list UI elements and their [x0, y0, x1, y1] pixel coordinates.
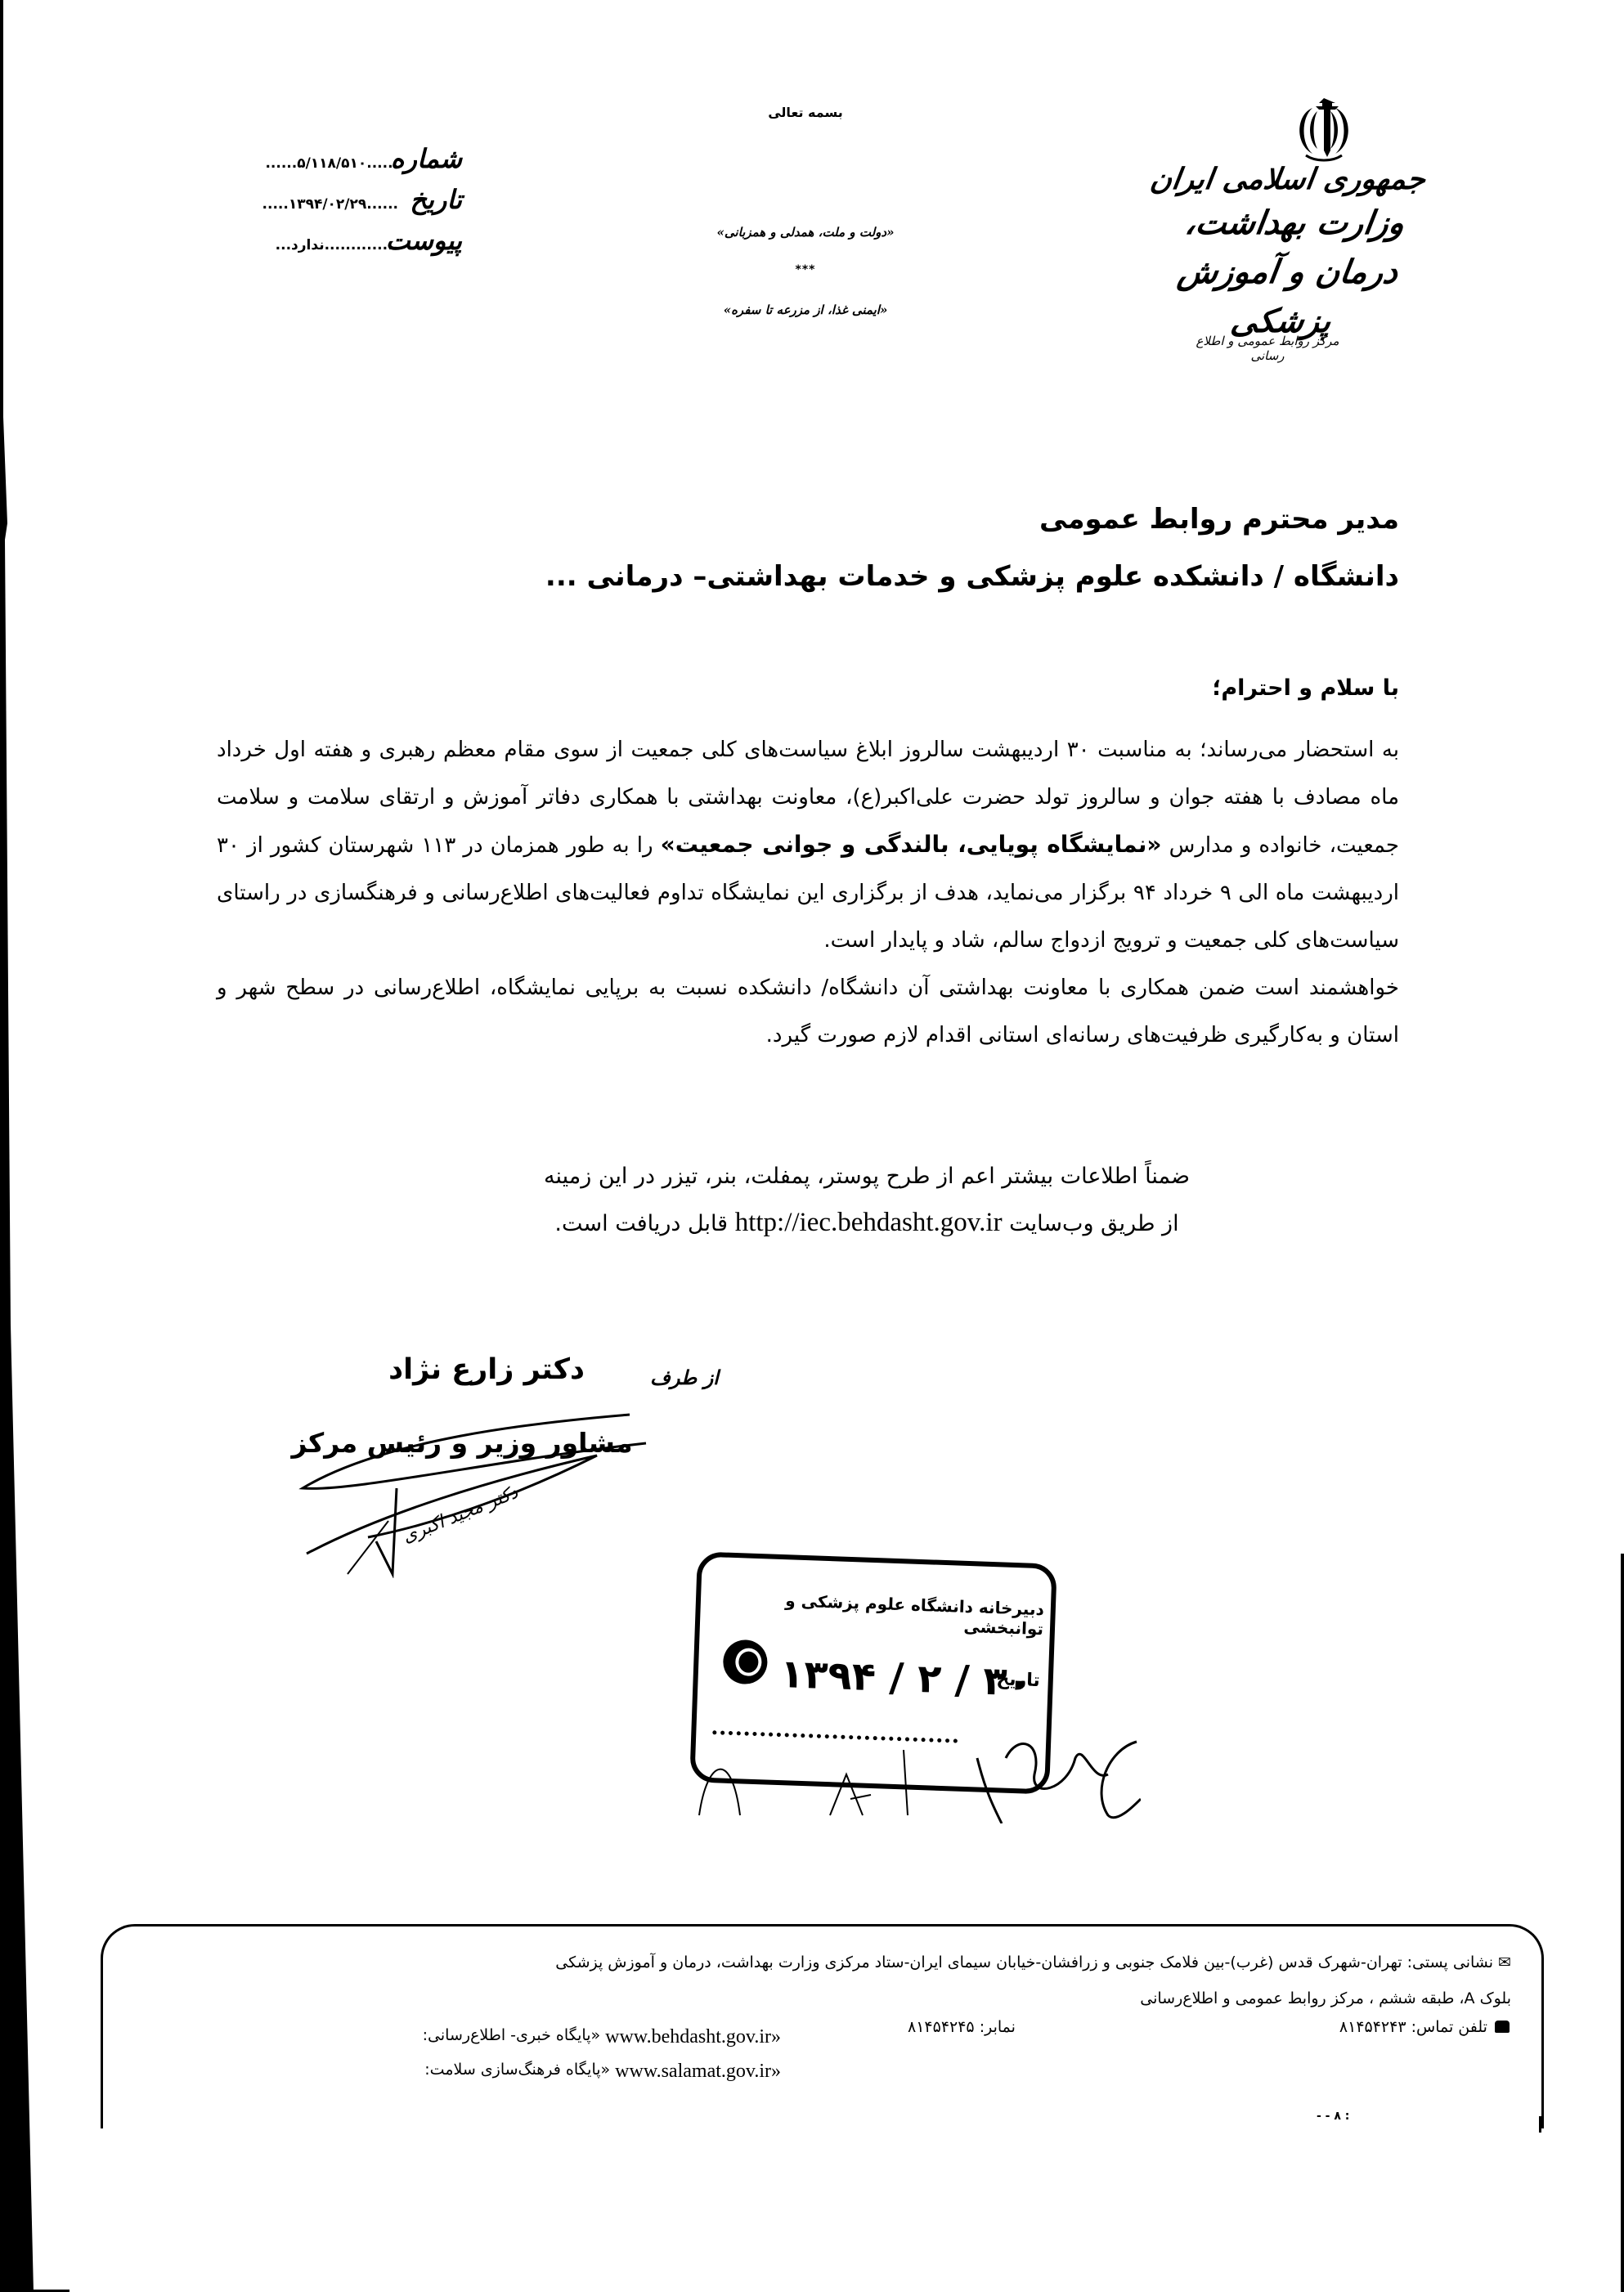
phone-number: ۸۱۴۵۴۲۴۳: [1339, 2018, 1406, 2036]
footer-phone: تلفن تماس: ۸۱۴۵۴۲۴۳: [1339, 2018, 1510, 2036]
signatory-name: دکتر زارع نژاد: [323, 1353, 585, 1386]
attachment-value: ...ندارد..............: [184, 237, 403, 253]
stamp-date-label: تاریخ: [996, 1669, 1040, 1691]
letter-body: به استحضار می‌رساند؛ به مناسبت ۳۰ اردیبه…: [217, 726, 1399, 1059]
bismillah-heading: بسمه تعالی: [760, 105, 850, 120]
handwritten-registration: [683, 1725, 1141, 1823]
meta-number: شماره ......۵/۱۱۸/۵۱۰......: [184, 143, 462, 184]
slogan-year: «دولت و ملت، همدلی و همزبانی»: [711, 225, 899, 240]
stamp-title: دبیرخانه دانشگاه علوم پزشکی و توانبخشی: [733, 1589, 1044, 1639]
footer-health-site: «پایگاه فرهنگ‌سازی سلامت: www.salamat.go…: [290, 2061, 781, 2083]
date-value: .....۱۳۹۴/۰۲/۲۹......: [184, 196, 403, 213]
paragraph-1: به استحضار می‌رساند؛ به مناسبت ۳۰ اردیبه…: [217, 726, 1399, 964]
signatory-title: مشاور وزیر و رئیس مرکز: [290, 1427, 634, 1459]
slogan-food-safety: «ایمنی غذا، از مزرعه تا سفره»: [711, 303, 899, 317]
footer-address: ✉ نشانی پستی: تهران-شهرک قدس (غرب)-بین ف…: [227, 1944, 1511, 2016]
addressee-organization: دانشگاه / دانشکده علوم پزشکی و خدمات بهد…: [500, 548, 1399, 605]
scan-border-left: [0, 0, 36, 2292]
number-label: شماره: [403, 143, 462, 174]
paragraph-3-line-2: از طریق وب‌سایت http://iec.behdasht.gov.…: [425, 1208, 1308, 1238]
attachment-label: پیوست: [403, 225, 462, 256]
letter-meta: شماره ......۵/۱۱۸/۵۱۰...... تاریخ .....۱…: [184, 143, 462, 266]
on-behalf-label: از طرف: [650, 1366, 719, 1389]
iran-emblem-icon: [1288, 96, 1360, 164]
health-site-link[interactable]: www.salamat.gov.ir»: [615, 2061, 781, 2083]
university-logo-icon: [722, 1639, 768, 1685]
exhibition-name: «نمایشگاه پویایی، بالندگی و جوانی جمعیت»: [661, 831, 1162, 858]
paragraph-3-text-b: قابل دریافت است.: [554, 1211, 734, 1236]
news-site-label: «پایگاه خبری- اطلاع‌رسانی:: [423, 2026, 600, 2048]
health-site-label: «پایگاه فرهنگ‌سازی سلامت:: [424, 2061, 610, 2083]
phone-icon: [1495, 2021, 1510, 2033]
news-site-link[interactable]: www.behdasht.gov.ir»: [605, 2026, 781, 2048]
paragraph-3-line-1: ضمناً اطلاعات بیشتر اعم از طرح پوستر، پم…: [425, 1164, 1308, 1189]
fax-number: ۸۱۴۵۴۲۴۵: [908, 2018, 975, 2036]
footer-marks: - - ۸ :: [1317, 2110, 1349, 2123]
meta-attachment: پیوست ...ندارد..............: [184, 225, 462, 266]
paragraph-2: خواهشمند است ضمن همکاری با معاونت بهداشت…: [217, 964, 1399, 1059]
scan-border-right: [1621, 1554, 1624, 2292]
stamp-date: ۱۳۹۴ / ۲ / ۳۰: [779, 1651, 1032, 1706]
greeting: با سلام و احترام؛: [990, 675, 1399, 701]
number-value: ......۵/۱۱۸/۵۱۰......: [184, 155, 403, 172]
date-label: تاریخ: [403, 184, 462, 215]
slogan-separator: ***: [785, 263, 826, 276]
department-name: مرکز روابط عمومی و اطلاع رسانی: [1182, 334, 1353, 363]
address-line-1-text: نشانی پستی: تهران-شهرک قدس (غرب)-بین فلا…: [555, 1953, 1493, 1971]
mail-icon: ✉: [1498, 1953, 1511, 1971]
phone-label: تلفن تماس:: [1411, 2018, 1487, 2036]
signature-scribble: [286, 1390, 654, 1578]
footer-news-site: «پایگاه خبری- اطلاع‌رسانی: www.behdasht.…: [290, 2026, 781, 2048]
meta-date: تاریخ .....۱۳۹۴/۰۲/۲۹......: [184, 184, 462, 225]
fax-label: نمابر:: [980, 2018, 1016, 2036]
addressee: مدیر محترم روابط عمومی دانشگاه / دانشکده…: [500, 491, 1399, 605]
address-line-1: ✉ نشانی پستی: تهران-شهرک قدس (غرب)-بین ف…: [227, 1944, 1511, 1980]
republic-name: جمهوری اسلامی ایران: [1138, 159, 1438, 199]
address-line-2: بلوک A، طبقه ششم ، مرکز روابط عمومی و اط…: [227, 1980, 1511, 2016]
paragraph-3-text-a: از طریق وب‌سایت: [1003, 1211, 1179, 1236]
footer-fax: نمابر: ۸۱۴۵۴۲۴۵: [908, 2018, 1016, 2036]
website-link[interactable]: http://iec.behdasht.gov.ir: [735, 1208, 1003, 1237]
addressee-title: مدیر محترم روابط عمومی: [500, 491, 1399, 548]
ministry-name: وزارت بهداشت، درمان و آموزش پزشکی: [1130, 199, 1445, 346]
ministry-letterhead: جمهوری اسلامی ایران وزارت بهداشت، درمان …: [1141, 159, 1435, 346]
